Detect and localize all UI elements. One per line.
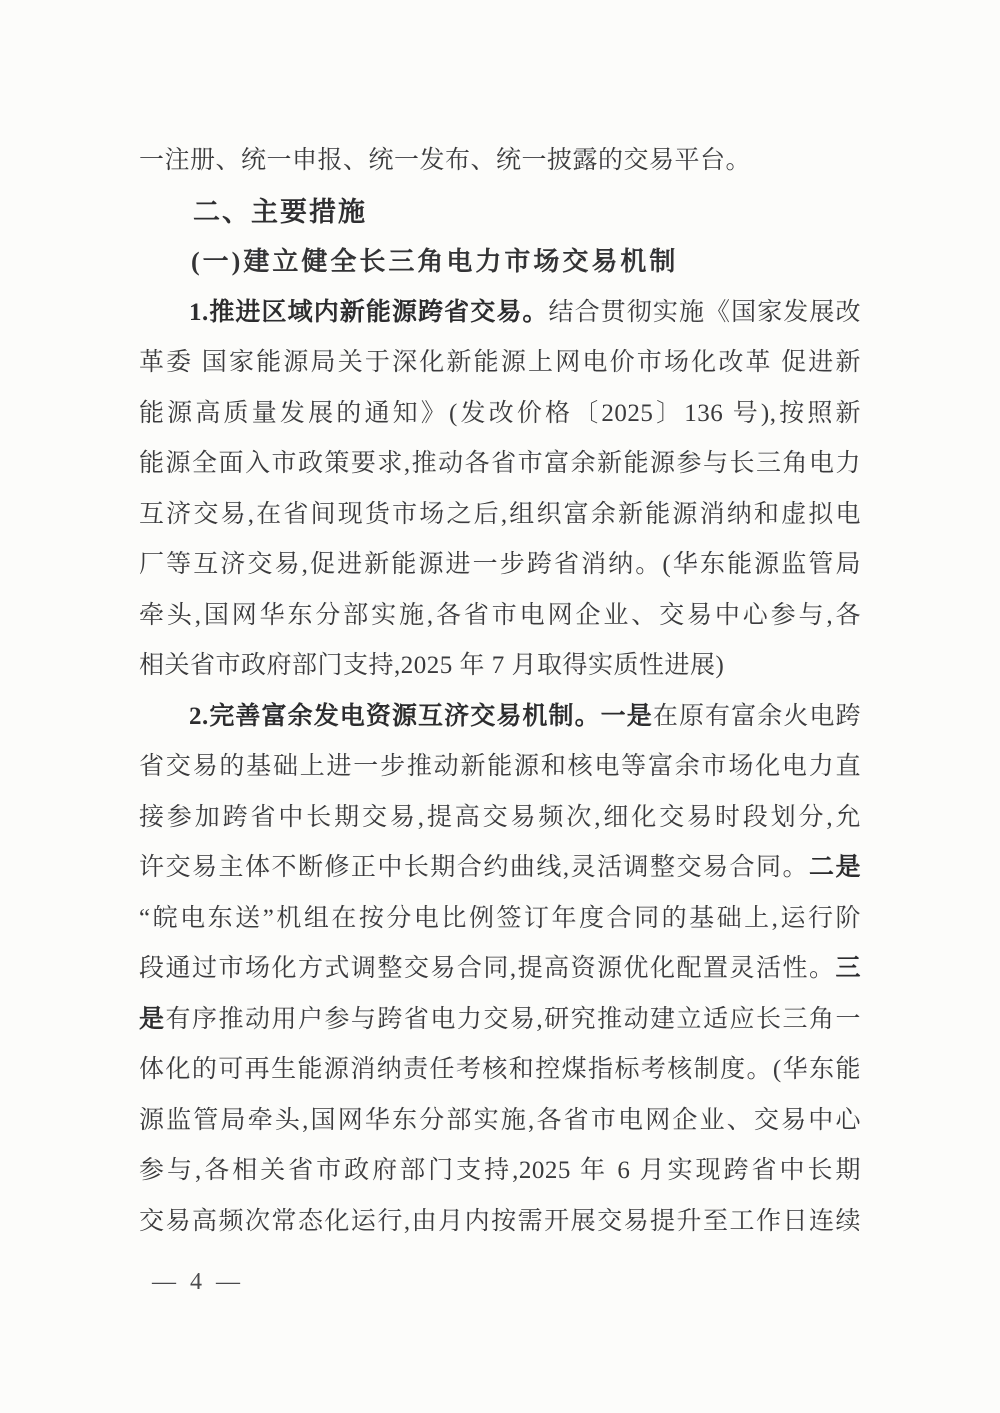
body-text: “皖电东送”机组在按分电比例签订年度合同的基础上,运行阶 — [139, 905, 861, 932]
body-text: 有序推动用户参与跨省电力交易,研究推动建立适应长三角一 — [166, 1006, 861, 1033]
body-text: 源监管局牵头,国网华东分部实施,各省市电网企业、交易中心 — [139, 1107, 861, 1134]
body-text: 革委 国家能源局关于深化新能源上网电价市场化改革 促进新 — [139, 349, 861, 376]
text-line: 是有序推动用户参与跨省电力交易,研究推动建立适应长三角一 — [139, 995, 861, 1046]
body-text: 结合贯彻实施《国家发展改 — [549, 299, 861, 326]
text-line: 源监管局牵头,国网华东分部实施,各省市电网企业、交易中心 — [139, 1096, 861, 1147]
bold-marker-text: 是 — [139, 1006, 166, 1033]
bold-lead-text: 2.完善富余发电资源互济交易机制。一是 — [189, 703, 653, 730]
page-number: — 4 — — [152, 1262, 244, 1302]
text-line: 接参加跨省中长期交易,提高交易频次,细化交易时段划分,允 — [139, 793, 861, 844]
document-page: 一注册、统一申报、统一发布、统一披露的交易平台。 二、主要措施 (一)建立健全长… — [0, 0, 1000, 1413]
text-line: 1.推进区域内新能源跨省交易。结合贯彻实施《国家发展改 — [139, 288, 861, 339]
text-line: 一注册、统一申报、统一发布、统一披露的交易平台。 — [139, 136, 861, 187]
body-text: 体化的可再生能源消纳责任考核和控煤指标考核制度。(华东能 — [139, 1056, 861, 1083]
bold-marker-text: 三 — [835, 955, 861, 982]
text-line: 交易高频次常态化运行,由月内按需开展交易提升至工作日连续 — [139, 1197, 861, 1248]
text-line: 省交易的基础上进一步推动新能源和核电等富余市场化电力直 — [139, 742, 861, 793]
body-text: 相关省市政府部门支持,2025 年 7 月取得实质性进展) — [139, 652, 724, 679]
body-text: 牵头,国网华东分部实施,各省市电网企业、交易中心参与,各 — [139, 602, 861, 629]
body-text: 能源全面入市政策要求,推动各省市富余新能源参与长三角电力 — [139, 450, 861, 477]
text-line: “皖电东送”机组在按分电比例签订年度合同的基础上,运行阶 — [139, 894, 861, 945]
body-text: 许交易主体不断修正中长期合约曲线,灵活调整交易合同。 — [139, 854, 809, 881]
text-line: 能源全面入市政策要求,推动各省市富余新能源参与长三角电力 — [139, 439, 861, 490]
heading-text: 二、主要措施 — [193, 197, 367, 227]
body-text: 接参加跨省中长期交易,提高交易频次,细化交易时段划分,允 — [139, 804, 861, 831]
body-text: 参与,各相关省市政府部门支持,2025 年 6 月实现跨省中长期 — [139, 1157, 861, 1184]
body-text: 一注册、统一申报、统一发布、统一披露的交易平台。 — [139, 147, 751, 174]
text-line: 革委 国家能源局关于深化新能源上网电价市场化改革 促进新 — [139, 338, 861, 389]
text-line: 体化的可再生能源消纳责任考核和控煤指标考核制度。(华东能 — [139, 1045, 861, 1096]
text-line: 能源高质量发展的通知》(发改价格〔2025〕136 号),按照新 — [139, 389, 861, 440]
text-line: 相关省市政府部门支持,2025 年 7 月取得实质性进展) — [139, 641, 861, 692]
text-line: 段通过市场化方式调整交易合同,提高资源优化配置灵活性。三 — [139, 944, 861, 995]
subsection-heading: (一)建立健全长三角电力市场交易机制 — [139, 237, 861, 288]
bold-lead-text: 1.推进区域内新能源跨省交易。 — [189, 299, 549, 326]
text-line: 许交易主体不断修正中长期合约曲线,灵活调整交易合同。二是 — [139, 843, 861, 894]
section-heading: 二、主要措施 — [139, 187, 861, 238]
body-text: 交易高频次常态化运行,由月内按需开展交易提升至工作日连续 — [139, 1208, 861, 1235]
text-line: 2.完善富余发电资源互济交易机制。一是在原有富余火电跨 — [139, 692, 861, 743]
body-text: 省交易的基础上进一步推动新能源和核电等富余市场化电力直 — [139, 753, 861, 780]
text-line: 牵头,国网华东分部实施,各省市电网企业、交易中心参与,各 — [139, 591, 861, 642]
body-text: 段通过市场化方式调整交易合同,提高资源优化配置灵活性。 — [139, 955, 835, 982]
text-line: 厂等互济交易,促进新能源进一步跨省消纳。(华东能源监管局 — [139, 540, 861, 591]
body-text: 互济交易,在省间现货市场之后,组织富余新能源消纳和虚拟电 — [139, 501, 861, 528]
bold-marker-text: 二是 — [809, 854, 861, 881]
body-text: 在原有富余火电跨 — [653, 703, 861, 730]
text-line: 互济交易,在省间现货市场之后,组织富余新能源消纳和虚拟电 — [139, 490, 861, 541]
body-text: 厂等互济交易,促进新能源进一步跨省消纳。(华东能源监管局 — [139, 551, 861, 578]
text-line: 参与,各相关省市政府部门支持,2025 年 6 月实现跨省中长期 — [139, 1146, 861, 1197]
body-text: 能源高质量发展的通知》(发改价格〔2025〕136 号),按照新 — [139, 400, 861, 427]
subheading-text: (一)建立健全长三角电力市场交易机制 — [191, 247, 678, 276]
document-text-block: 一注册、统一申报、统一发布、统一披露的交易平台。 二、主要措施 (一)建立健全长… — [139, 136, 861, 1247]
